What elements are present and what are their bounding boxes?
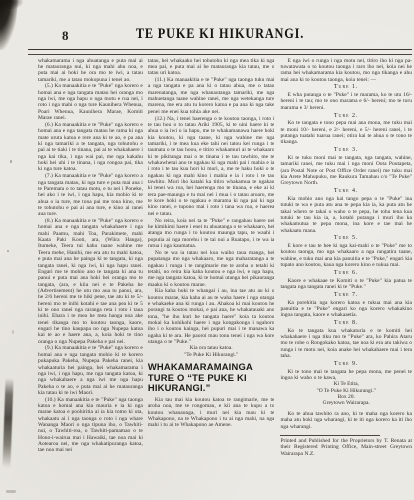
paragraph: whakamarama i nga ahuatanga e puta mai a… xyxy=(38,58,143,83)
masthead-title: TE PUKE KI HIKURANGI. xyxy=(64,26,376,43)
ink-blot-artifact xyxy=(0,0,24,10)
ture-heading: Ture 8. xyxy=(280,320,412,327)
ture-heading: Ture 9. xyxy=(280,361,412,368)
column-middle: tatau, hei whakaako hei tohutohu ki nga … xyxy=(148,57,275,500)
paragraph: E kore e tau te hee ki nga kai-mahi o te… xyxy=(280,243,412,268)
newspaper-page: 8 TE PUKE KI HIKURANGI. whakamarama i ng… xyxy=(0,0,414,500)
paragraph: Ki te tono mai te tangata he pepa mona, … xyxy=(280,369,412,382)
header-double-rule xyxy=(28,49,412,55)
column-container: whakamarama i nga ahuatanga e puta mai a… xyxy=(38,57,412,500)
paragraph: No te wa ia tatau nei koa waiho taua man… xyxy=(148,250,275,288)
paragraph: Kia kaha hoki te whangai i au, ina tae a… xyxy=(148,288,275,345)
paragraph: Ko te tangata kua whakaturia e te komiti… xyxy=(280,328,412,360)
ture-heading: Ture 7. xyxy=(280,292,412,299)
ture-heading: Ture 6. xyxy=(280,270,412,277)
paragraph: Kia mohio ano nga kai tango pepa o te "P… xyxy=(280,196,412,234)
paragraph: (8.) Ka manaakitia e te "Puke" nga korer… xyxy=(38,218,143,345)
paragraph: tatau, hei whakaako hei tohutohu ki nga … xyxy=(148,58,275,77)
ture-heading: Ture 2. xyxy=(280,113,412,120)
paragraph: Ki te tuku moni mai te tangata, nga tang… xyxy=(280,155,412,187)
paragraph: E wha putanga o te "Puke" i te marama, k… xyxy=(280,92,412,111)
paragraph: (12.) Na, i tenei haerenga o te koutou t… xyxy=(148,116,275,218)
paragraph: Kia tau mai kia koutou katoa te rangimar… xyxy=(148,397,275,429)
speck-artifact xyxy=(6,490,16,493)
scan-smudge-artifact xyxy=(2,378,13,468)
paragraph: (7.) Ka manaakitia e te "Puke" nga korer… xyxy=(38,173,143,217)
column-left: whakamarama i nga ahuatanga e puta mai a… xyxy=(38,57,143,500)
paragraph: Ko te tangata e tono pepa mai ana mona, … xyxy=(280,120,412,145)
section-heading: WHAKAMARAMAINGA TURE O “TE PUKE KI HIKUR… xyxy=(148,362,275,394)
rule xyxy=(280,435,380,436)
paragraph: Ka porehitia nga korero katoa e tukua ma… xyxy=(280,300,412,319)
ture-heading: Ture 3. xyxy=(280,147,412,154)
ture-heading: Ture 4. xyxy=(280,188,412,195)
ture-heading: Ture 5. xyxy=(280,235,412,242)
paragraph: (6.) Ka manaakitia e te "Puke" nga korer… xyxy=(38,122,143,173)
speck-artifact xyxy=(12,330,14,334)
paragraph: Ko te ahua tawhito ra ano, ki te maha ng… xyxy=(280,411,412,430)
paragraph: (10.) Ka manaakitia e te "Puke" nga taon… xyxy=(38,397,143,454)
speck-artifact xyxy=(10,160,12,163)
centered-line: "Te Puke Ki Hikurangi." xyxy=(148,352,275,358)
paragraph: Kaore e whakaae te Komiti o te "Puke" ki… xyxy=(280,278,412,291)
paragraph: (9.) Ka manaakitia e te "Puke" nga korer… xyxy=(38,345,143,396)
speck-artifact xyxy=(7,250,9,252)
spacer xyxy=(280,407,412,411)
paragraph: E nga iwi o runga i nga motu nei, titiro… xyxy=(280,58,412,83)
paragraph: (11.) Ka manaakitia e te "Puke" nga taon… xyxy=(148,77,275,115)
paragraph: No reira, koia nei ta te "Puke" e rangah… xyxy=(148,218,275,250)
ture-heading: Ture 1. xyxy=(280,84,412,91)
paragraph: (5.) Ka manaakitia e te "Puke" nga korer… xyxy=(38,83,143,121)
column-right: E nga iwi o runga i nga motu nei, titiro… xyxy=(280,57,412,500)
page-header: 8 TE PUKE KI HIKURANGI. xyxy=(30,26,410,48)
paragraph: Printed and Published for the Proprietor… xyxy=(280,438,412,457)
